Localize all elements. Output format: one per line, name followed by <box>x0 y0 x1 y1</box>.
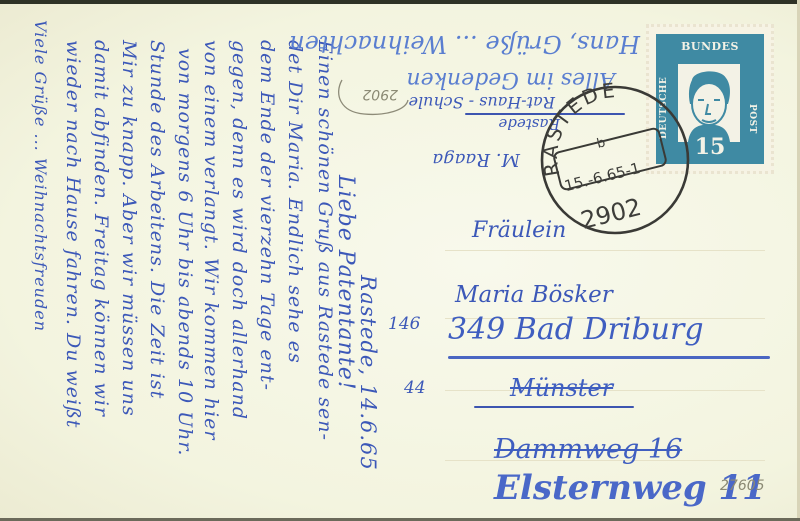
postmark-postcode: 2902 <box>578 193 644 235</box>
svg-text:RASTEDE: RASTEDE <box>538 78 619 179</box>
recipient-name: Maria Bösker <box>455 282 613 308</box>
city-new: 349 Bad Driburg <box>448 312 704 347</box>
street-old-crossed: Dammweg 16 <box>494 434 682 465</box>
city-underline <box>448 356 770 359</box>
postmark-date: 15.-6.65-1 <box>562 159 642 195</box>
postmark-sub: b <box>595 135 607 152</box>
city-old-crossed: Münster <box>510 374 613 402</box>
city-new-prefix: 146 <box>388 314 420 334</box>
pencil-corner-note: 27605 <box>720 478 765 494</box>
recipient-title: Fräulein <box>472 218 566 243</box>
city-old-prefix: 44 <box>404 378 426 398</box>
postmark-town: RASTEDE <box>538 78 619 179</box>
postcard: Liebe Patentante! Einen schönen Gruß aus… <box>0 0 800 521</box>
city-old-underline <box>474 406 634 408</box>
